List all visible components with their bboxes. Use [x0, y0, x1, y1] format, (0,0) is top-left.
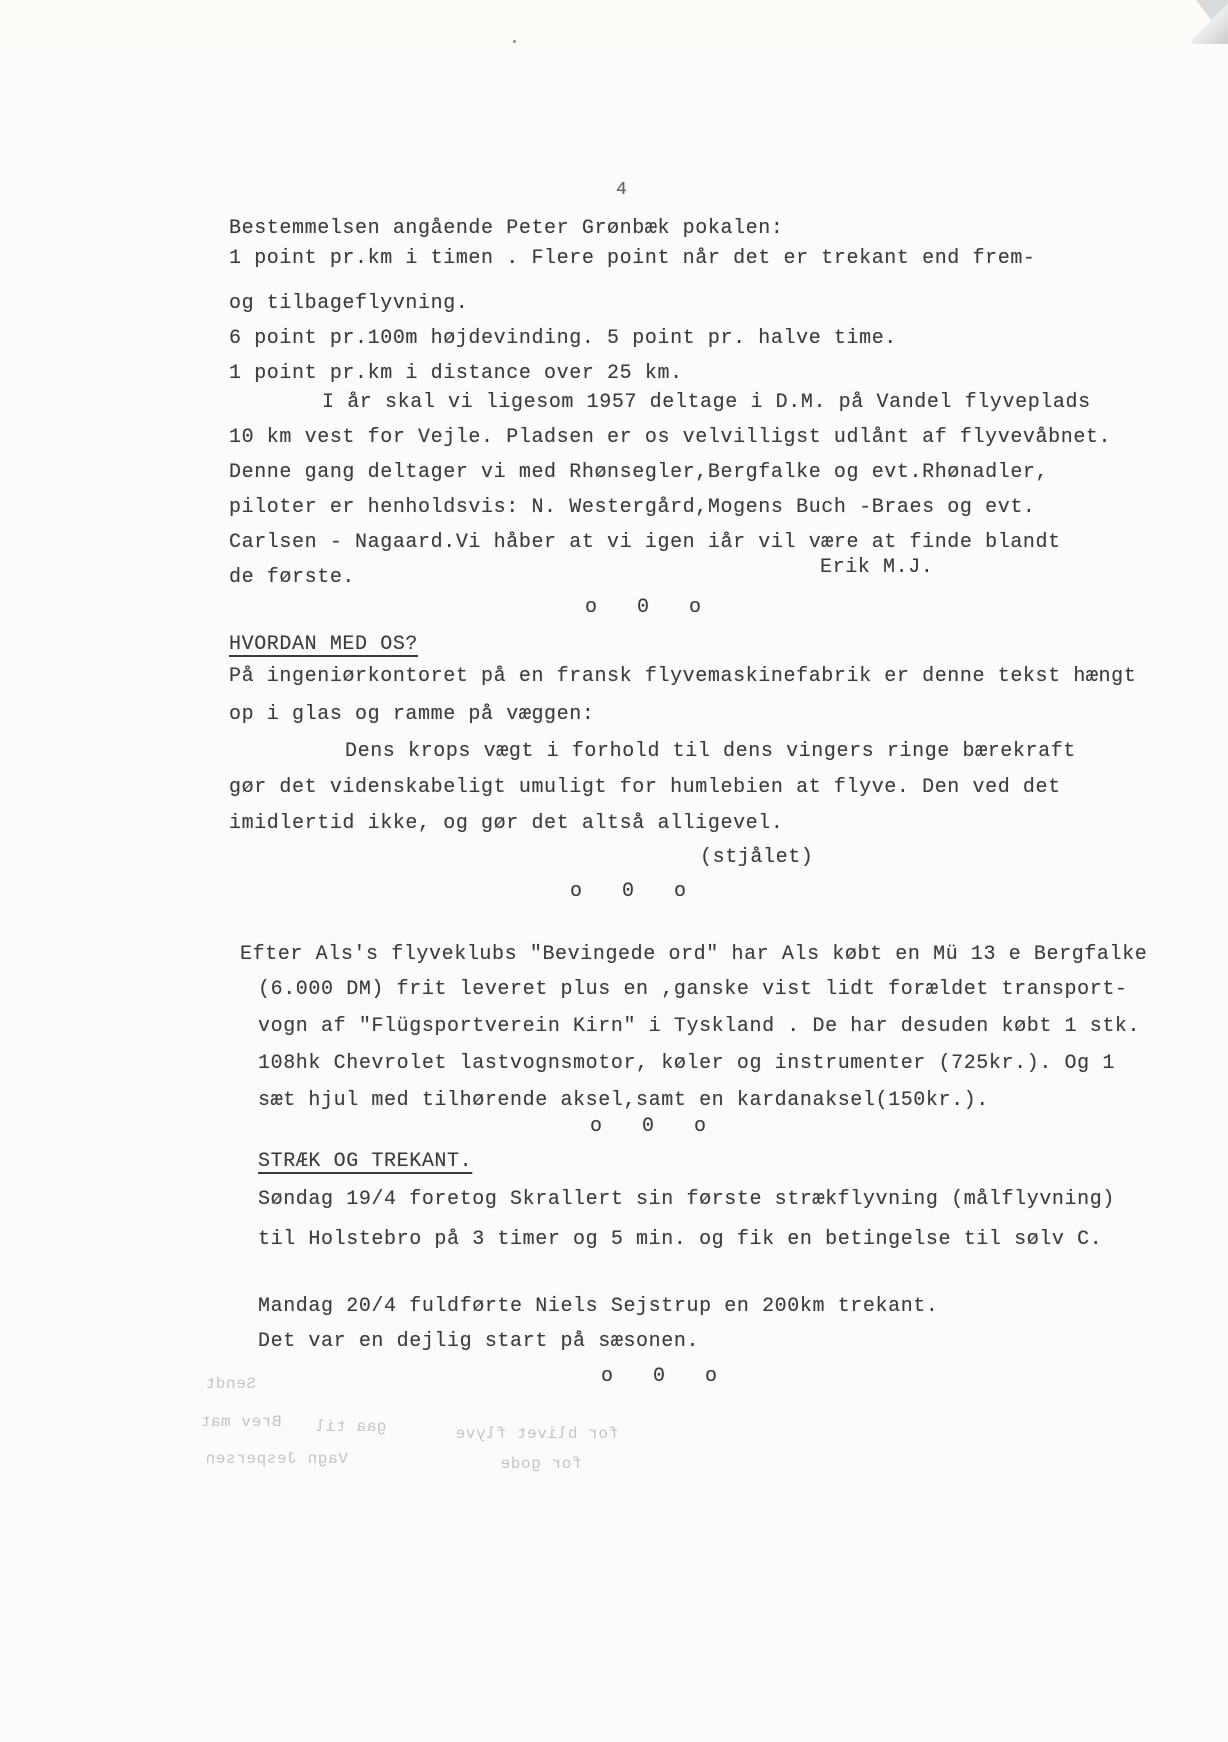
hvordan-line: Dens krops vægt i forhold til dens vinge… [345, 740, 1076, 763]
credit: (stjålet) [700, 846, 813, 869]
straek-line: Det var en dejlig start på sæsonen. [258, 1330, 699, 1353]
pokal-line: 1 point pr.km i distance over 25 km. [229, 362, 683, 385]
bleed-through-text: Sendt [205, 1375, 256, 1393]
hvordan-line: op i glas og ramme på væggen: [229, 703, 594, 726]
straek-line: til Holstebro på 3 timer og 5 min. og fi… [258, 1228, 1102, 1251]
page-number: 4 [616, 180, 627, 200]
dm-line: de første. [229, 566, 355, 589]
als-line: vogn af "Flügsportverein Kirn" i Tysklan… [258, 1015, 1140, 1038]
scanned-page: 4 Bestemmelsen angående Peter Grønbæk po… [0, 0, 1228, 1742]
straek-line: Søndag 19/4 foretog Skrallert sin første… [258, 1188, 1115, 1211]
hvordan-line: imidlertid ikke, og gør det altså allige… [229, 812, 784, 835]
bleed-through-text: gaa til [315, 1418, 386, 1436]
hvordan-line: gør det videnskabeligt umuligt for humle… [229, 776, 1061, 799]
pokal-line: Bestemmelsen angående Peter Grønbæk poka… [229, 217, 784, 240]
separator: o 0 o [570, 880, 700, 903]
dm-line: I år skal vi ligesom 1957 deltage i D.M.… [322, 391, 1091, 414]
folded-corner [1196, 0, 1228, 42]
paper-speck [513, 40, 516, 43]
pokal-line: 1 point pr.km i timen . Flere point når … [229, 247, 1036, 270]
bleed-through-text: Brev mat [200, 1413, 282, 1431]
pokal-line: 6 point pr.100m højdevinding. 5 point pr… [229, 327, 897, 350]
dm-line: 10 km vest for Vejle. Pladsen er os velv… [229, 426, 1111, 449]
straek-line: Mandag 20/4 fuldførte Niels Sejstrup en … [258, 1295, 939, 1318]
bleed-through-text: for gode [500, 1455, 582, 1473]
als-line: (6.000 DM) frit leveret plus en ,ganske … [258, 978, 1128, 1001]
als-line: 108hk Chevrolet lastvognsmotor, køler og… [258, 1052, 1115, 1075]
dm-line: Denne gang deltager vi med Rhønsegler,Be… [229, 461, 1048, 484]
section-heading: HVORDAN MED OS? [229, 633, 418, 656]
signature: Erik M.J. [820, 556, 933, 579]
bleed-through-text: Vagn Jespersen [205, 1450, 348, 1468]
pokal-line: og tilbageflyvning. [229, 292, 468, 315]
separator: o 0 o [585, 596, 715, 619]
separator: o 0 o [590, 1115, 720, 1138]
bleed-through-text: for blivet flyve [455, 1425, 618, 1443]
separator: o 0 o [601, 1365, 731, 1388]
als-line: Efter Als's flyveklubs "Bevingede ord" h… [240, 943, 1147, 966]
als-line: sæt hjul med tilhørende aksel,samt en ka… [258, 1089, 989, 1112]
dm-line: Carlsen - Nagaard.Vi håber at vi igen iå… [229, 531, 1061, 554]
section-heading: STRÆK OG TREKANT. [258, 1150, 472, 1173]
dm-line: piloter er henholdsvis: N. Westergård,Mo… [229, 496, 1036, 519]
hvordan-line: På ingeniørkontoret på en fransk flyvema… [229, 665, 1136, 688]
